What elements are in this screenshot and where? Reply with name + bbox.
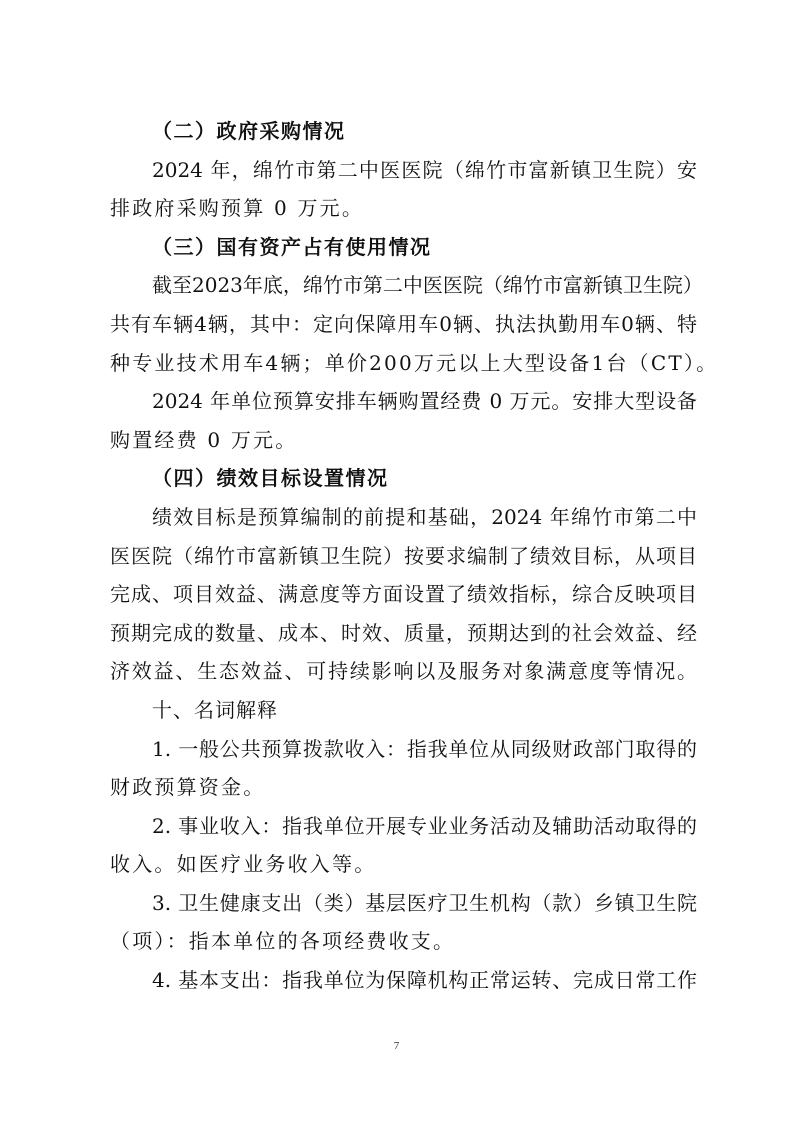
paragraph-line: 排政府采购预算 0 万元。 — [110, 189, 697, 228]
paragraph-line: 济效益、生态效益、可持续影响以及服务对象满意度等情况。 — [110, 652, 697, 691]
glossary-item-line: 3. 卫生健康支出（类）基层医疗卫生机构（款）乡镇卫生院 — [110, 884, 697, 923]
document-page: （二）政府采购情况 2024 年，绵竹市第二中医医院（绵竹市富新镇卫生院）安 排… — [110, 112, 697, 1000]
paragraph-line: 2024 年，绵竹市第二中医医院（绵竹市富新镇卫生院）安 — [110, 151, 697, 190]
section-heading-performance-goals: （四）绩效目标设置情况 — [110, 459, 697, 498]
paragraph-line: 绩效目标是预算编制的前提和基础，2024 年绵竹市第二中 — [110, 498, 697, 537]
paragraph-line: 共有车辆4辆，其中：定向保障用车0辆、执法执勤用车0辆、特 — [110, 305, 697, 344]
paragraph-line: 预期完成的数量、成本、时效、质量，预期达到的社会效益、经 — [110, 614, 697, 653]
glossary-item-line: 收入。如医疗业务收入等。 — [110, 845, 697, 884]
section-heading-glossary: 十、名词解释 — [110, 691, 697, 730]
paragraph-line: 种专业技术用车4辆；单价200万元以上大型设备1台（CT）。 — [110, 344, 697, 383]
paragraph-line: 购置经费 0 万元。 — [110, 421, 697, 460]
section-heading-government-procurement: （二）政府采购情况 — [110, 112, 697, 151]
paragraph-line: 截至2023年底，绵竹市第二中医医院（绵竹市富新镇卫生院） — [110, 266, 697, 305]
paragraph-line: 2024 年单位预算安排车辆购置经费 0 万元。安排大型设备 — [110, 382, 697, 421]
page-number: 7 — [0, 1040, 793, 1052]
paragraph-line: 完成、项目效益、满意度等方面设置了绩效指标，综合反映项目 — [110, 575, 697, 614]
paragraph-line: 医医院（绵竹市富新镇卫生院）按要求编制了绩效目标，从项目 — [110, 537, 697, 576]
section-heading-state-assets: （三）国有资产占有使用情况 — [110, 228, 697, 267]
glossary-item-line: （项）：指本单位的各项经费收支。 — [110, 922, 697, 961]
glossary-item-line: 4. 基本支出：指我单位为保障机构正常运转、完成日常工作 — [110, 961, 697, 1000]
glossary-item-line: 财政预算资金。 — [110, 768, 697, 807]
glossary-item-line: 1. 一般公共预算拨款收入：指我单位从同级财政部门取得的 — [110, 730, 697, 769]
glossary-item-line: 2. 事业收入：指我单位开展专业业务活动及辅助活动取得的 — [110, 807, 697, 846]
